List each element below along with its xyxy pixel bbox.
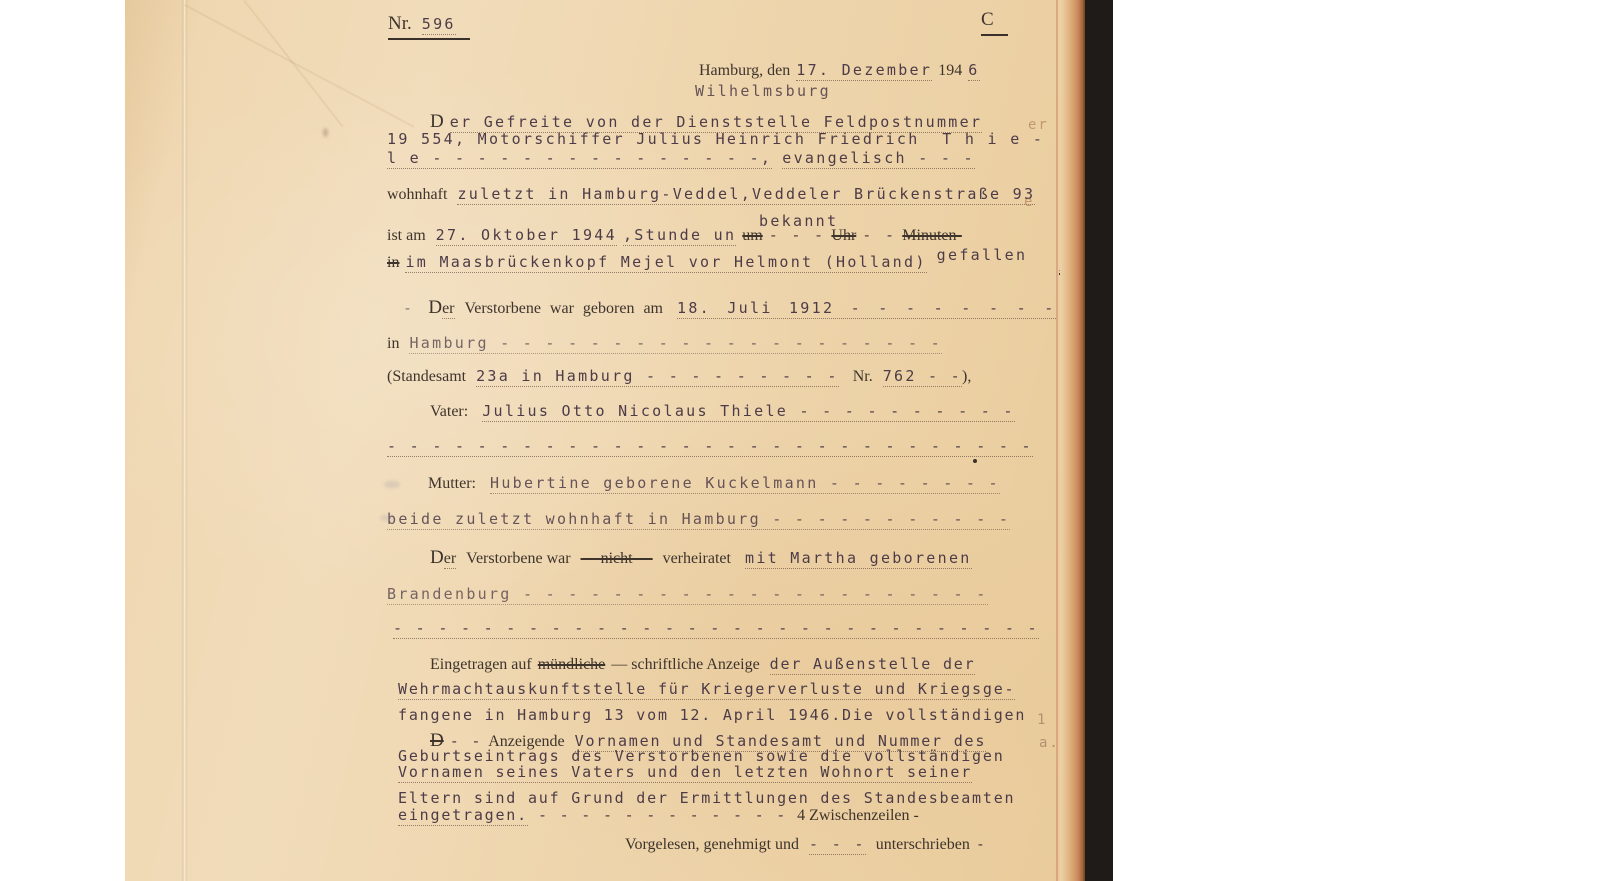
clerk-note-3: Vornamen seines Vaters und den letzten W… [398,763,972,783]
bleed-through-text: er [1028,117,1049,133]
printed-d: D [430,547,444,568]
notice-source-2: Wehrmachtauskunftstelle für Kriegerverlu… [398,680,1015,700]
dateline-date: 17. Dezember [796,61,932,81]
minuten-label-struck: Minuten- [902,227,962,244]
death-hour-note: ,Stunde un [623,226,736,246]
registration-line-8: eingetragen.- - - - - - - - - - - -4 Zwi… [398,806,919,825]
closing-line: Vorgelesen, genehmigt und- - -unterschri… [625,835,987,854]
eingetragen-label: Eingetragen auf [430,656,532,673]
stacked-page-edges [1060,0,1085,881]
standesamt-label: (Standesamt [387,368,466,385]
filler-dash-line-2: - - - - - - - - - - - - - - - - - - - - … [393,619,1039,638]
deceased-name-cont: l e - - - - - - - - - - - - - - -, [387,149,772,169]
in-label: in [387,335,399,352]
unterschrieben-label: unterschrieben [876,836,970,853]
death-place: im Maasbrückenkopf Mejel vor Helmont (Ho… [405,253,926,273]
notice-source-1: der Außenstelle der [770,655,976,675]
birth-line: -DerVerstorbene war geboren am18. Juli 1… [403,297,1056,319]
printed-er: er [444,550,456,569]
birth-date: 18. Juli 1912 - - - - - - - - [677,299,1056,319]
mother-line: Mutter:Hubertine geborene Kuckelmann - -… [428,474,1000,493]
dateline: Hamburg, den17. Dezember1946 [699,61,980,80]
ink-dot [973,459,977,463]
dash-filler: - - - - - - - - - - - - - - - - - - - - … [387,437,1033,457]
register-page-photo: Nr.596 C Hamburg, den17. Dezember1946 Wi… [125,0,1113,881]
nr-label: Nr. [853,368,873,385]
spouse-name-cont-line: Brandenburg - - - - - - - - - - - - - - … [387,585,988,604]
bleed-through-text: 1 [1037,712,1047,728]
registration-line-6: Vornamen seines Vaters und den letzten W… [398,763,972,782]
dash-prefix: - [403,299,414,317]
nr-label: Nr. [388,13,412,34]
nicht-struck: — nicht — [581,550,653,567]
vertical-crease [181,0,188,881]
dateline-place-label: Hamburg, den [699,62,790,79]
spouse-name: mit Martha geborenen [745,549,972,569]
clerk-dashes: - - - - - - - - - - - - [538,806,787,824]
pencil-smudge [380,515,394,521]
residence-value: zuletzt in Hamburg-Veddel,Veddeler Brück… [457,185,1035,205]
father-name: Julius Otto Nicolaus Thiele - - - - - - … [482,402,1015,422]
diagonal-crease [243,0,343,127]
wohnhaft-label: wohnhaft [387,186,447,203]
parents-residence-line: beide zuletzt wohnhaft in Hamburg - - - … [387,510,1010,529]
deceased-line-2: 19 554, Motorschiffer Julius Heinrich Fr… [387,130,1044,149]
bekannt-superscript: bekannt [759,212,838,230]
closing-paren: ), [962,368,971,385]
residence-line: wohnhaftzuletzt in Hamburg-Veddel,Veddel… [387,185,1035,204]
death-date: 27. Oktober 1944 [436,226,617,246]
registration-line-1: Eingetragen aufmündliche— schriftliche A… [430,655,975,674]
printed-d: D [430,111,444,132]
registry-office-line: (Standesamt23a in Hamburg - - - - - - - … [387,367,971,386]
zwischenzeilen-note: 4 Zwischenzeilen - [797,807,919,824]
in-label-struck: in [387,254,399,271]
spouse-name-cont: Brandenburg - - - - - - - - - - - - - - … [387,585,988,605]
mother-name: Hubertine geborene Kuckelmann - - - - - … [490,474,1000,494]
marriage-label-2: verheiratet [663,550,731,567]
marriage-label-1: Verstorbene war [466,550,570,567]
vorgelesen-label: Vorgelesen, genehmigt und [625,836,799,853]
father-line: Vater:Julius Otto Nicolaus Thiele - - - … [430,402,1015,421]
printed-d: D [428,297,442,318]
diagonal-crease [184,4,415,128]
mutter-label: Mutter: [428,475,476,492]
dateline-year-printed: 194 [938,62,962,79]
birth-place: Hamburg - - - - - - - - - - - - - - - - … [409,334,942,354]
dash-filler: - - - - - - - - - - - - - - - - - - - - … [393,619,1039,639]
district-line: Wilhelmsburg [695,82,831,101]
ist-am-label: ist am [387,227,426,244]
gefallen-typed: gefallen [937,246,1028,264]
closing-dashes: - - - [809,835,866,855]
deceased-line-3: l e - - - - - - - - - - - - - - -,evange… [387,149,975,168]
nr-value: 596 [422,15,456,35]
paper-background: Nr.596 C Hamburg, den17. Dezember1946 Wi… [125,0,1060,881]
registry-number: 762 - - [883,367,962,387]
filler-dash-line-1: - - - - - - - - - - - - - - - - - - - - … [387,437,1033,456]
corner-letter: C [981,9,1008,36]
registration-line-3: fangene in Hamburg 13 vom 12. April 1946… [398,706,1026,725]
vater-label: Vater: [430,403,468,420]
registration-line-2: Wehrmachtauskunftstelle für Kriegerverlu… [398,680,1015,699]
schriftliche-label: — schriftliche Anzeige [611,656,759,673]
ink-speck [323,128,328,137]
document-number: Nr.596 [388,13,470,40]
parents-residence: beide zuletzt wohnhaft in Hamburg - - - … [387,510,1010,530]
corner-letter-text: C [981,9,994,30]
death-date-line: ist am27. Oktober 1944,Stunde unum- - -U… [387,226,962,245]
standesamt-value: 23a in Hamburg - - - - - - - - - [476,367,839,387]
death-place-line: inim Maasbrückenkopf Mejel vor Helmont (… [387,253,1027,272]
muendliche-struck: mündliche [538,656,606,673]
marriage-line: DerVerstorbene war— nicht —verheiratetmi… [430,547,972,569]
dateline-year-typed: 6 [968,61,979,81]
district: Wilhelmsburg [695,82,831,100]
red-margin-line [1056,0,1058,881]
notice-source-3: fangene in Hamburg 13 vom 12. April 1946… [398,706,1026,724]
born-label: Verstorbene war geboren am [465,300,663,317]
pencil-smudge [384,481,400,488]
dark-book-background [1085,0,1113,881]
death-dashes-2: - - [862,226,896,244]
clerk-note-4: Eltern sind auf Grund der Ermittlungen d… [398,789,1015,807]
closing-dash: - [976,835,987,853]
deceased-name: 19 554, Motorschiffer Julius Heinrich Fr… [387,130,1044,148]
bleed-through-text: e [1024,194,1034,210]
eingetragen-typed: eingetragen. [398,806,528,826]
printed-er: er [442,300,454,319]
birth-place-line: inHamburg - - - - - - - - - - - - - - - … [387,334,942,353]
deceased-religion: evangelisch - - - [782,149,975,169]
